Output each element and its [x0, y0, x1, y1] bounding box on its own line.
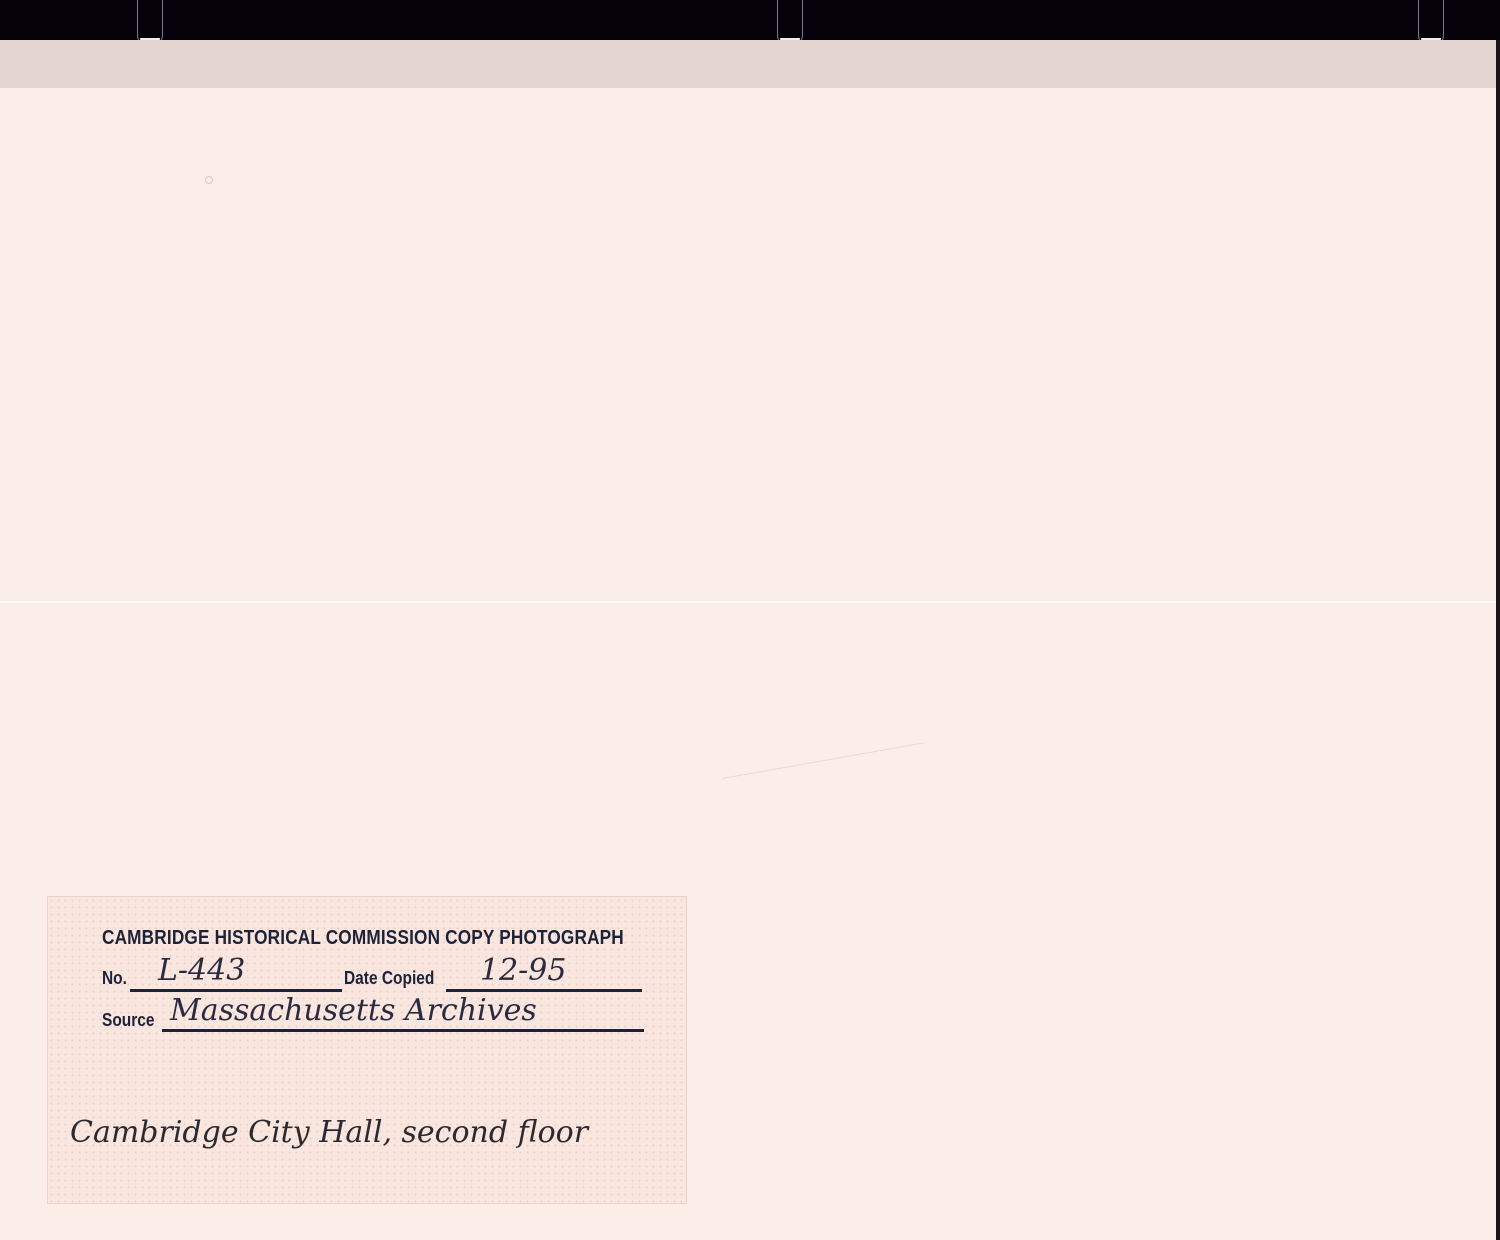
pencil-mark	[722, 742, 924, 779]
handwritten-note: Cambridge City Hall, second floor	[70, 1115, 588, 1150]
paper-fold-line	[0, 601, 1496, 603]
date-value: 12-95	[480, 953, 566, 988]
label-heading: CAMBRIDGE HISTORICAL COMMISSION COPY PHO…	[102, 927, 624, 950]
paper-top-band	[0, 40, 1500, 88]
archive-label: CAMBRIDGE HISTORICAL COMMISSION COPY PHO…	[47, 896, 687, 1204]
date-label: Date Copied	[344, 968, 434, 989]
scanner-right-edge	[1496, 40, 1500, 1240]
number-value: L-443	[158, 953, 245, 988]
source-value: Massachusetts Archives	[170, 993, 537, 1028]
paper-speck	[205, 176, 213, 184]
number-underline	[130, 989, 342, 992]
source-underline	[162, 1029, 644, 1032]
number-label: No.	[102, 968, 127, 989]
scanner-top-edge	[0, 0, 1500, 40]
source-label: Source	[102, 1010, 154, 1031]
date-underline	[446, 989, 642, 992]
